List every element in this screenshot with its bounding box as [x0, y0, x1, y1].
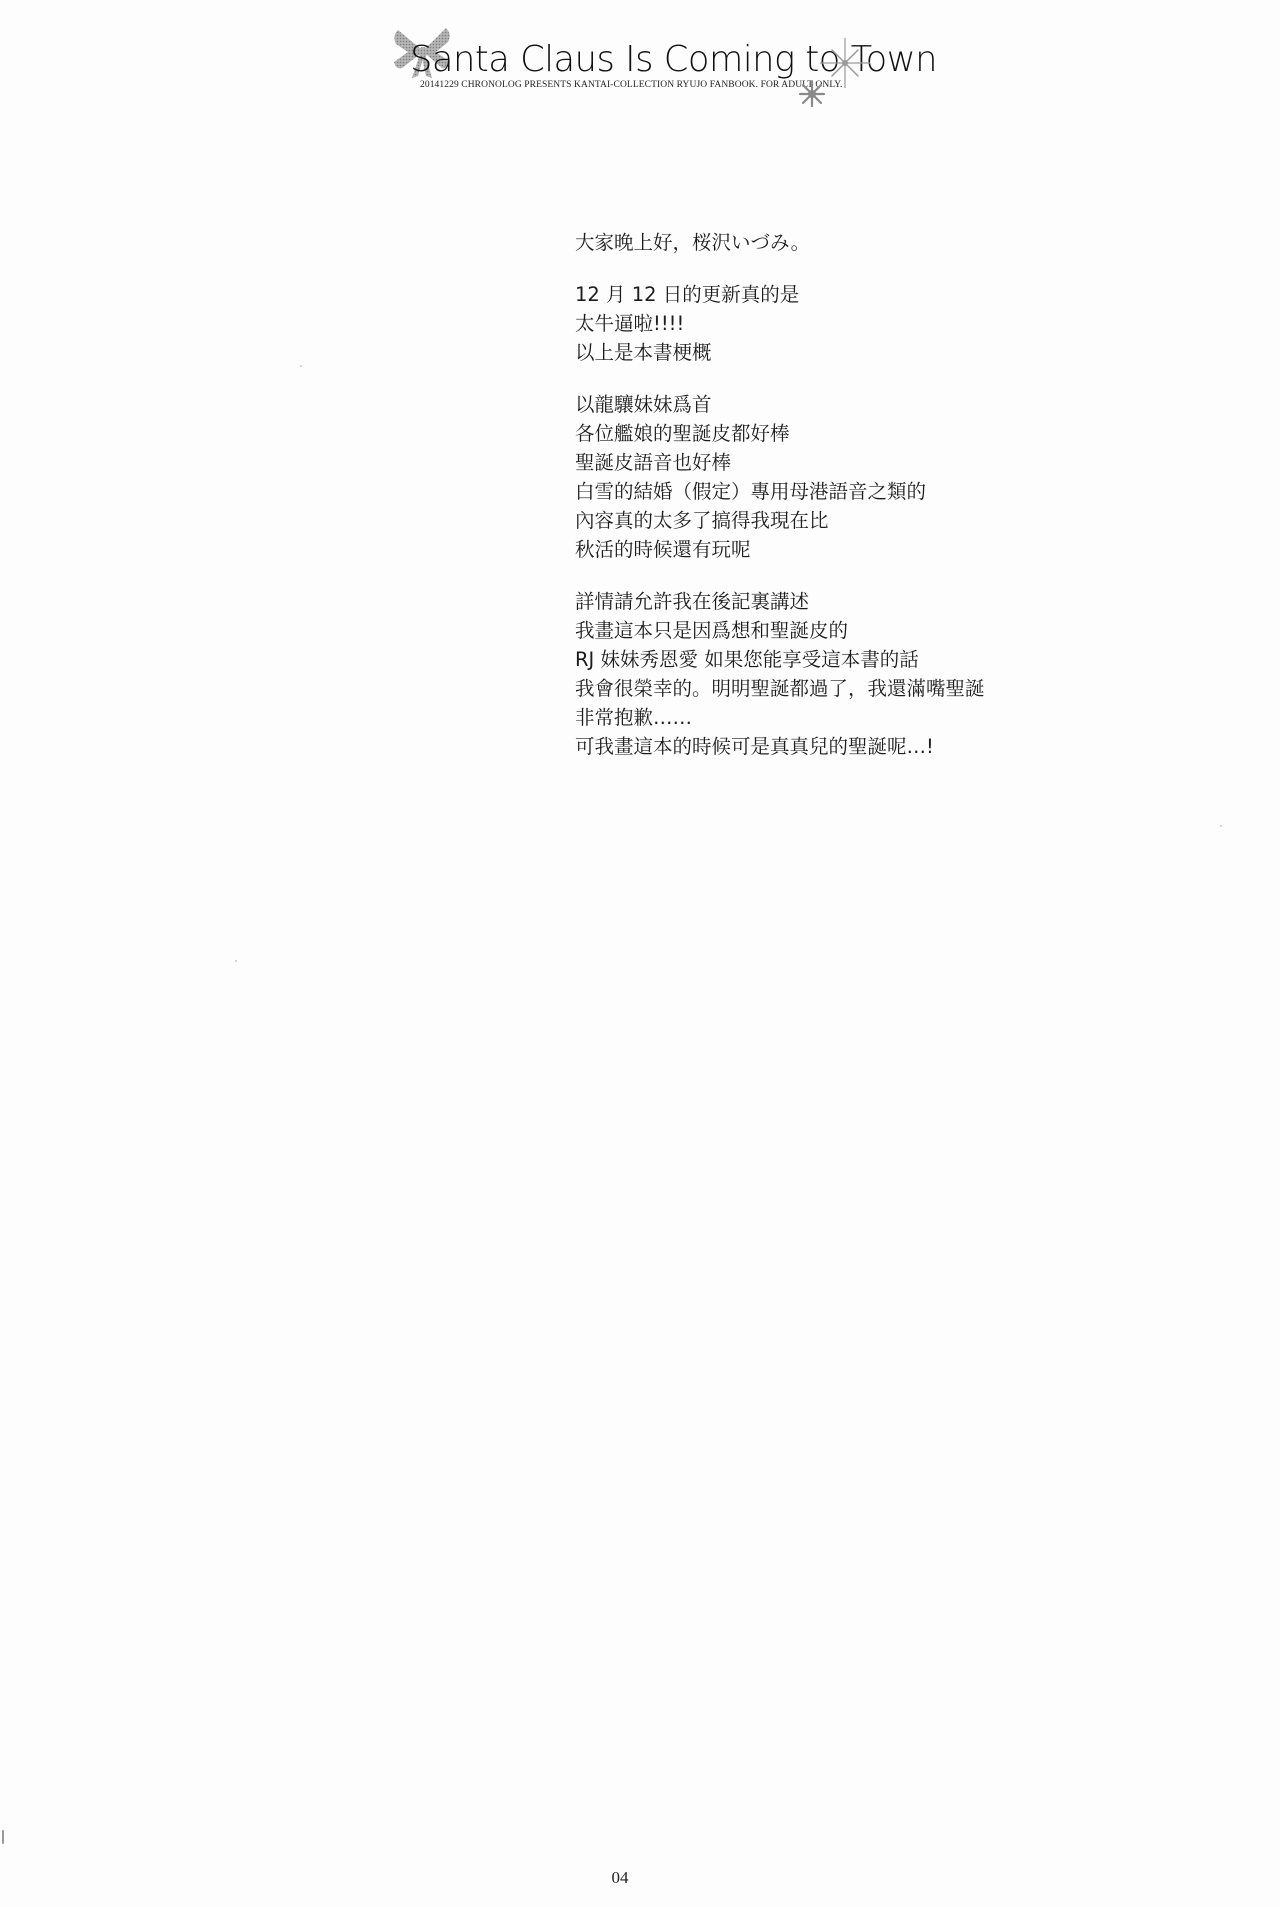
scan-speck [300, 365, 302, 367]
paragraph-christmas-skins: 以龍驤妹妹爲首 各位艦娘的聖誕皮都好棒 聖誕皮語音也好棒 白雪的結婚（假定）專用… [575, 390, 1055, 564]
text-line: 我畫這本只是因爲想和聖誕皮的 [575, 616, 1055, 645]
paragraph-greeting: 大家晚上好，桜沢いづみ。 [575, 228, 1055, 257]
text-line: 太牛逼啦!!!! [575, 309, 1055, 338]
text-line: 大家晚上好，桜沢いづみ。 [575, 228, 1055, 257]
scan-speck [235, 960, 237, 962]
book-page: Santa Claus Is Coming to Town 20141229 C… [0, 0, 1280, 1907]
text-line: 以龍驤妹妹爲首 [575, 390, 1055, 419]
book-subtitle: 20141229 CHRONOLOG PRESENTS KANTAI-COLLE… [420, 80, 843, 90]
text-line: 白雪的結婚（假定）專用母港語音之類的 [575, 477, 1055, 506]
text-line: RJ 妹妹秀恩愛 如果您能享受這本書的話 [575, 645, 1055, 674]
text-line: 以上是本書梗概 [575, 338, 1055, 367]
text-line: 詳情請允許我在後記裏講述 [575, 587, 1055, 616]
text-line: 內容真的太多了搞得我現在比 [575, 506, 1055, 535]
scan-speck [1220, 825, 1222, 827]
page-number: 04 [600, 1868, 640, 1888]
small-star-icon [798, 80, 826, 108]
page-header: Santa Claus Is Coming to Town 20141229 C… [390, 18, 860, 108]
scan-speck [2, 1830, 4, 1844]
text-line: 可我畫這本的時候可是真真兒的聖誕呢…! [575, 732, 1055, 761]
text-line: 12 月 12 日的更新真的是 [575, 280, 1055, 309]
text-line: 非常抱歉…… [575, 703, 1055, 732]
text-line: 各位艦娘的聖誕皮都好棒 [575, 419, 1055, 448]
sparkle-star-icon [820, 38, 870, 88]
text-line: 秋活的時候還有玩呢 [575, 535, 1055, 564]
text-line: 我會很榮幸的。明明聖誕都過了，我還滿嘴聖誕 [575, 674, 1055, 703]
paragraph-update: 12 月 12 日的更新真的是 太牛逼啦!!!! 以上是本書梗概 [575, 280, 1055, 367]
afterword-text: 大家晚上好，桜沢いづみ。 12 月 12 日的更新真的是 太牛逼啦!!!! 以上… [575, 228, 1055, 784]
paragraph-closing: 詳情請允許我在後記裏講述 我畫這本只是因爲想和聖誕皮的 RJ 妹妹秀恩愛 如果您… [575, 587, 1055, 761]
text-line: 聖誕皮語音也好棒 [575, 448, 1055, 477]
